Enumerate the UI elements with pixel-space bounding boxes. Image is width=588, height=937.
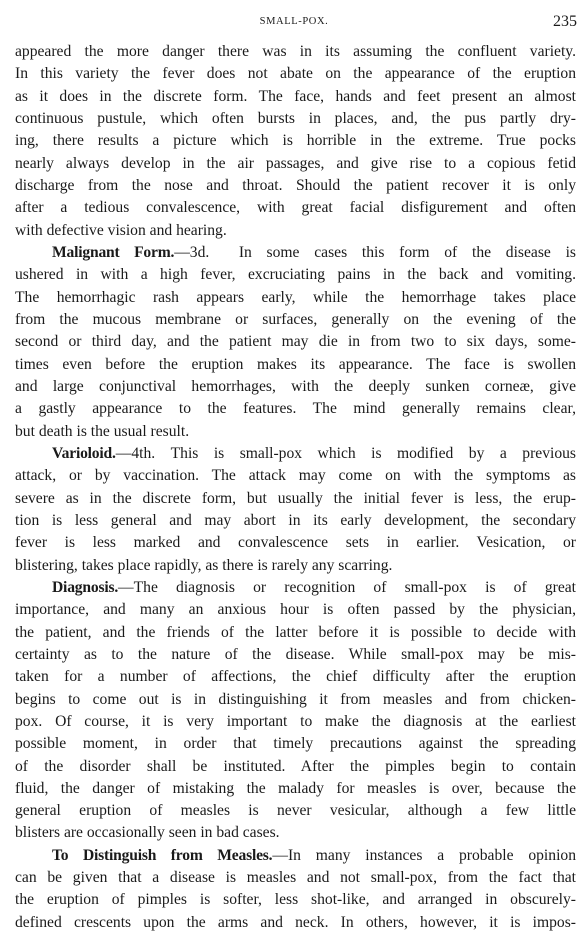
paragraph-varioloid-first-line: Varioloid.—4th. This is small-pox which … [15,443,576,465]
text-line: general eruption of measles is never ves… [15,800,576,822]
text-line: importance, and many an anxious hour is … [15,599,576,621]
text-line: blistering, takes place rapidly, as ther… [15,555,576,577]
paragraph-diagnosis-first-line: Diagnosis.—The diagnosis or recognition … [15,577,576,599]
text-line: begins to come out is in distinguishing … [15,689,576,711]
section-ordinal: —3d. [174,244,209,261]
text-line: the eruption of pimples is softer, less … [15,889,576,911]
text-line: second or third day, and the patient may… [15,331,576,353]
body-text: appeared the more danger there was in it… [15,41,576,934]
text-fragment: The diagnosis or recognition of small-po… [134,579,576,596]
text-line: can be given that a disease is measles a… [15,867,576,889]
running-title: SMALL-POX. [0,16,588,27]
text-fragment: In many instances a probable opinion [288,847,576,864]
text-line: times even before the eruption makes its… [15,354,576,376]
running-head: SMALL-POX. 235 [0,14,588,34]
text-line: continuous pustule, which often bursts i… [15,108,576,130]
text-line: The hemorrhagic rash appears early, whil… [15,287,576,309]
text-line: certainty as to the nature of the diseas… [15,644,576,666]
text-line: ushered in with a high fever, excruciati… [15,264,576,286]
text-line: the patient, and the friends of the latt… [15,622,576,644]
section-ordinal: —4th. [116,445,155,462]
text-fragment: In some cases this form of the disease i… [239,244,576,261]
text-line: possible moment, in order that timely pr… [15,733,576,755]
section-heading-distinguish-measles: To Distinguish from Measles. [52,847,272,864]
text-line: of the disorder shall be instituted. Aft… [15,756,576,778]
text-fragment: — [118,579,134,596]
text-line: nearly always develop in the air passage… [15,153,576,175]
text-line: from the mucous membrane or surfaces, ge… [15,309,576,331]
text-line: taken for a number of affections, the ch… [15,666,576,688]
page-number: 235 [553,13,577,31]
paragraph-measles-first-line: To Distinguish from Measles.—In many ins… [15,845,576,867]
text-line: defined crescents upon the arms and neck… [15,912,576,934]
text-line: discharge from the nose and throat. Shou… [15,175,576,197]
section-heading-varioloid: Varioloid. [52,445,116,462]
text-line: but death is the usual result. [15,421,576,443]
text-line: fluid, the danger of mistaking the malad… [15,778,576,800]
text-line: as it does in the discrete form. The fac… [15,86,576,108]
text-line: appeared the more danger there was in it… [15,41,576,63]
section-heading-malignant-form: Malignant Form. [52,244,174,261]
text-line: and large conjunctival hemorrhages, with… [15,376,576,398]
text-line: blisters are occasionally seen in bad ca… [15,822,576,844]
text-line: after a tedious convalescence, with grea… [15,197,576,219]
text-line: with defective vision and hearing. [15,220,576,242]
text-line: ing, there results a picture which is ho… [15,130,576,152]
text-line: severe as in the discrete form, but usua… [15,488,576,510]
text-line: attack, or by vaccination. The attack ma… [15,465,576,487]
text-line: pox. Of course, it is very important to … [15,711,576,733]
text-line: tion is less general and may abort in it… [15,510,576,532]
paragraph-malignant-form-first-line: Malignant Form.—3d. In some cases this f… [15,242,576,264]
text-line: a gastly appearance to the features. The… [15,398,576,420]
text-fragment: — [272,847,288,864]
text-fragment: This is small-pox which is modified by a… [171,445,576,462]
text-line: fever is less marked and convalescence s… [15,532,576,554]
section-heading-diagnosis: Diagnosis. [52,579,118,596]
text-line: In this variety the fever does not abate… [15,63,576,85]
